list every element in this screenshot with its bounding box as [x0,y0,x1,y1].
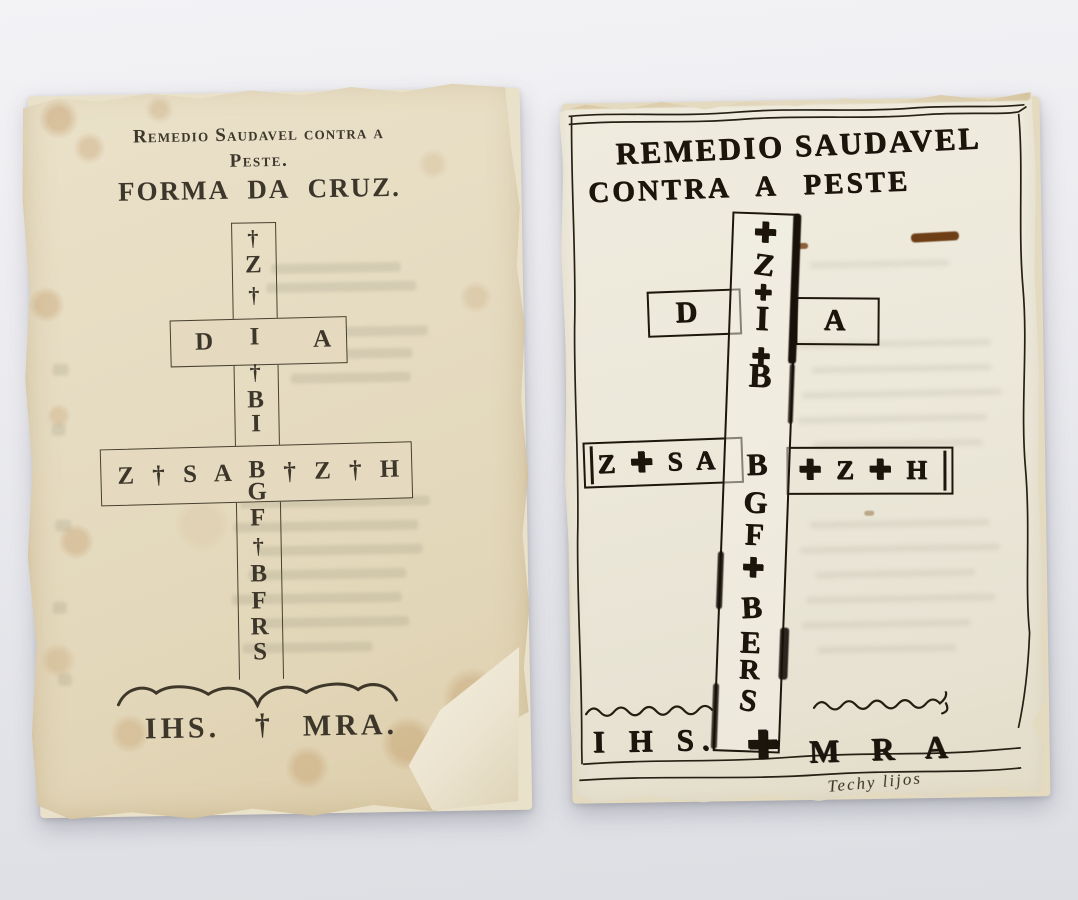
paper-edge-shading [556,87,1050,808]
ink-showthrough [18,74,523,83]
photo-of-two-documents: Remedio Saudavel contra a Peste. FORMA D… [0,0,1078,900]
ink-showthrough [556,87,1036,96]
handwritten-document: REMEDIO SAUDAVEL CONTRA A PESTE D A Z ✚ … [556,87,1050,808]
